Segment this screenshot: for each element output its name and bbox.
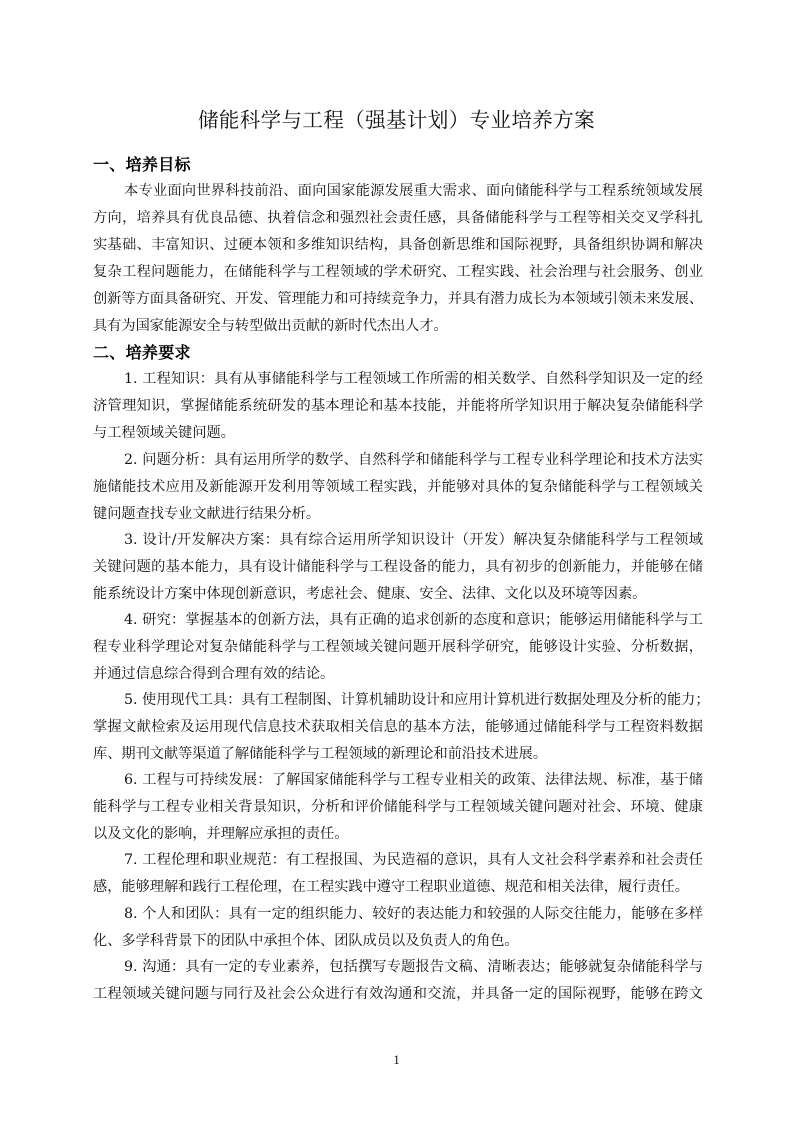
- requirement-7-line: 感，能够理解和践行工程伦理，在工程实践中遵守工程职业道德、规范和相关法律，履行责…: [93, 877, 703, 897]
- requirement-4-line: 4. 研究：掌握基本的创新方法，具有正确的追求创新的态度和意识；能够运用储能科学…: [124, 610, 703, 630]
- requirement-3-line: 关键问题的基本能力，具有设计储能科学与工程设备的能力，具有初步的创新能力，并能够…: [93, 557, 703, 577]
- paragraph-line: 本专业面向世界科技前沿、面向国家能源发展重大需求、面向储能科学与工程系统领域发展: [124, 181, 703, 201]
- page-title: 储能科学与工程（强基计划）专业培养方案: [0, 103, 793, 133]
- requirement-3-line: 能系统设计方案中体现创新意识，考虑社会、健康、安全、法律、文化以及环境等因素。: [93, 584, 703, 604]
- requirement-4-line: 并通过信息综合得到合理有效的结论。: [93, 664, 703, 684]
- requirement-6-line: 能科学与工程专业相关背景知识，分析和评价储能科学与工程领域关键问题对社会、环境、…: [93, 797, 703, 817]
- requirement-5-line: 库、期刊文献等渠道了解储能科学与工程领域的新理论和前沿技术进展。: [93, 744, 703, 764]
- requirement-8-line: 8. 个人和团队：具有一定的组织能力、较好的表达能力和较强的人际交往能力，能够在…: [124, 904, 703, 924]
- page-number: 1: [0, 1052, 793, 1068]
- requirement-6-line: 以及文化的影响，并理解应承担的责任。: [93, 824, 703, 844]
- requirement-5-line: 掌握文献检索及运用现代信息技术获取相关信息的基本方法，能够通过储能科学与工程资料…: [93, 717, 703, 737]
- document-page: 储能科学与工程（强基计划）专业培养方案 一、培养目标 本专业面向世界科技前沿、面…: [0, 0, 793, 1123]
- section-heading-training-requirements: 二、培养要求: [93, 340, 191, 363]
- requirement-9-line: 工程领域关键问题与同行及社会公众进行有效沟通和交流，并具备一定的国际视野，能够在…: [93, 984, 703, 1004]
- paragraph-line: 创新等方面具备研究、开发、管理能力和可持续竞争力，并具有潜力成长为本领域引领未来…: [93, 289, 703, 309]
- requirement-2-line: 2. 问题分析：具有运用所学的数学、自然科学和储能科学与工程专业科学理论和技术方…: [124, 450, 703, 470]
- paragraph-line: 复杂工程问题能力，在储能科学与工程领域的学术研究、工程实践、社会治理与社会服务、…: [93, 262, 703, 282]
- requirement-1-line: 1. 工程知识：具有从事储能科学与工程领域工作所需的相关数学、自然科学知识及一定…: [124, 369, 703, 389]
- requirement-1-line: 与工程领域关键问题。: [93, 423, 703, 443]
- requirement-2-line: 键问题查找专业文献进行结果分析。: [93, 504, 703, 524]
- paragraph-line: 具有为国家能源安全与转型做出贡献的新时代杰出人才。: [93, 316, 703, 336]
- paragraph-line: 方向，培养具有优良品德、执着信念和强烈社会责任感，具备储能科学与工程等相关交叉学…: [93, 208, 703, 228]
- requirement-8-line: 化、多学科背景下的团队中承担个体、团队成员以及负责人的角色。: [93, 931, 703, 951]
- section-heading-training-objectives: 一、培养目标: [93, 152, 191, 175]
- paragraph-line: 实基础、丰富知识、过硬本领和多维知识结构，具备创新思维和国际视野，具备组织协调和…: [93, 235, 703, 255]
- requirement-7-line: 7. 工程伦理和职业规范：有工程报国、为民造福的意识，具有人文社会科学素养和社会…: [124, 850, 703, 870]
- requirement-1-line: 济管理知识，掌握储能系统研发的基本理论和基本技能，并能将所学知识用于解决复杂储能…: [93, 396, 703, 416]
- requirement-9-line: 9. 沟通：具有一定的专业素养，包括撰写专题报告文稿、清晰表达；能够就复杂储能科…: [124, 957, 703, 977]
- requirement-4-line: 程专业科学理论对复杂储能科学与工程领域关键问题开展科学研究，能够设计实验、分析数…: [93, 637, 703, 657]
- requirement-6-line: 6. 工程与可持续发展：了解国家储能科学与工程专业相关的政策、法律法规、标准，基…: [124, 770, 703, 790]
- requirement-5-line: 5. 使用现代工具：具有工程制图、计算机辅助设计和应用计算机进行数据处理及分析的…: [124, 690, 703, 710]
- requirement-3-line: 3. 设计/开发解决方案：具有综合运用所学知识设计（开发）解决复杂储能科学与工程…: [124, 530, 703, 550]
- requirement-2-line: 施储能技术应用及新能源开发利用等领域工程实践，并能够对具体的复杂储能科学与工程领…: [93, 477, 703, 497]
